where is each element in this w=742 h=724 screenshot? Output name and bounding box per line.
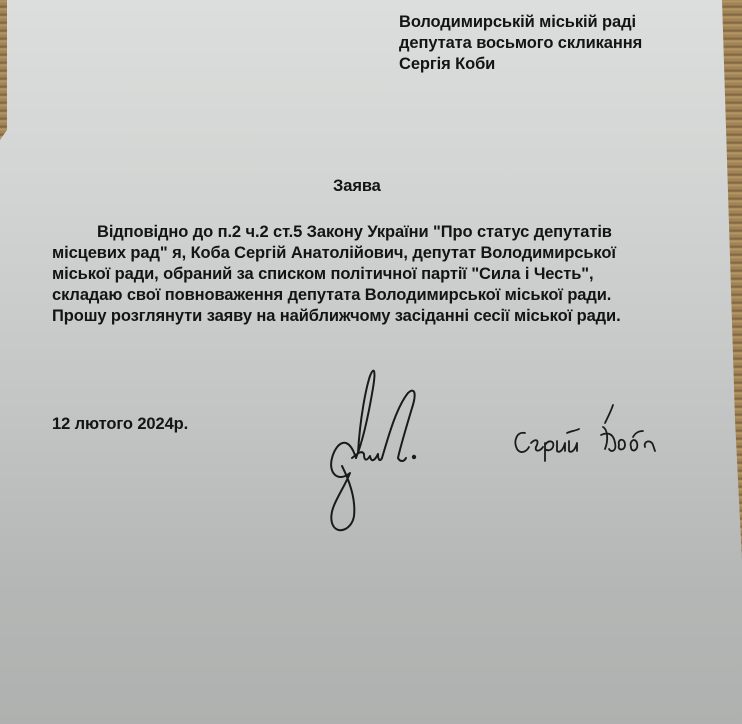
document-date: 12 лютого 2024р. xyxy=(52,414,188,435)
document-title: Заява xyxy=(333,176,381,197)
addressee-line: Сергія Коби xyxy=(399,54,642,75)
addressee-block: Володимирській міській раді депутата вос… xyxy=(399,12,642,75)
addressee-line: депутата восьмого скликання xyxy=(399,33,642,54)
handwritten-name xyxy=(505,393,665,463)
addressee-line: Володимирській міській раді xyxy=(399,12,642,33)
signature-mark xyxy=(318,358,428,538)
body-line: міської ради, обраний за списком політич… xyxy=(52,264,621,285)
body-line: Відповідно до п.2 ч.2 ст.5 Закону Україн… xyxy=(52,222,621,243)
statement-body: Відповідно до п.2 ч.2 ст.5 Закону Україн… xyxy=(52,222,621,327)
body-line: Прошу розглянути заяву на найближчому за… xyxy=(52,306,621,327)
body-line: складаю свої повноваження депутата Волод… xyxy=(52,285,621,306)
body-line: місцевих рад" я, Коба Сергій Анатолійови… xyxy=(52,243,621,264)
paper-sheet: Володимирській міській раді депутата вос… xyxy=(0,0,742,724)
